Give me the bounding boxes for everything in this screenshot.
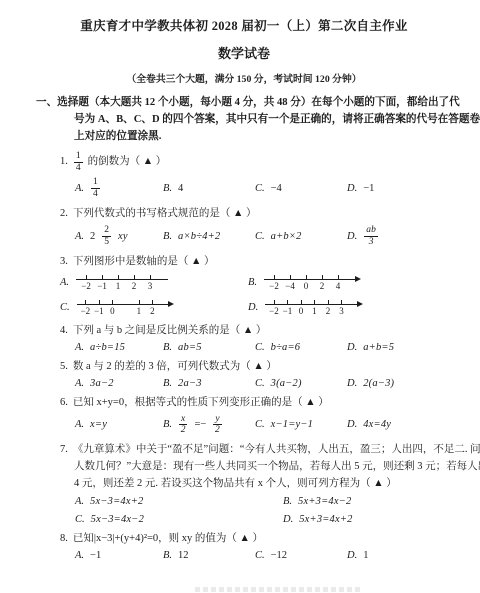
section-line-3: 上对应的位置涂黑.: [74, 128, 452, 145]
numerator: y: [213, 414, 221, 426]
tick-label: 0: [298, 275, 314, 291]
option-label: C.: [75, 514, 85, 525]
tick-label: −2: [78, 275, 94, 291]
numerator: 2: [102, 225, 111, 237]
option-d: D.a+b=5: [347, 342, 452, 353]
question-5-options: A.3a−2 B.2a−3 C.3(a−2) D.2(a−3): [75, 378, 452, 389]
option-value: ab=5: [178, 342, 202, 353]
option-c: C.x−1=y−1: [255, 419, 347, 430]
number-line-diagram: −2 −1 0 1 2 3: [267, 300, 358, 316]
option-d: D.4x=4y: [347, 419, 452, 430]
option-label: C.: [60, 302, 70, 313]
question-3-stem: 3. 下列图形中是数轴的是（ ▲ ）: [60, 254, 452, 270]
option-label: C.: [255, 183, 265, 194]
question-1-stem: 1. 14 的倒数为（ ▲ ）: [60, 151, 452, 174]
question-4-stem: 4. 下列 a 与 b 之间是反比例关系的是（ ▲ ）: [60, 323, 452, 339]
option-value: a+b×2: [271, 231, 302, 242]
stem-text: 已知|x−3|+(y+4)²=0，则 xy 的值为（ ▲ ）: [73, 531, 263, 547]
stem-text-line-2: 人数几何？”大意是：现有一些人共同买一个物品，若每人出 5 元，则还剩 3 元；…: [74, 458, 452, 475]
option-value: 2(a−3): [363, 378, 394, 389]
question-1-options: A. 14 B.4 C.−4 D.−1: [75, 177, 452, 200]
question-1: 1. 14 的倒数为（ ▲ ） A. 14 B.4 C.−4 D.−1: [36, 151, 452, 200]
option-label: D.: [347, 550, 357, 561]
fraction: x2: [179, 414, 187, 437]
question-4: 4. 下列 a 与 b 之间是反比例关系的是（ ▲ ） A.a÷b=15 B.a…: [36, 323, 452, 353]
option-label: B.: [248, 277, 257, 288]
stem-text-line-3: 4 元，则还差 2 元. 若设买这个物品共有 x 个人，则可列方程为（ ▲ ）: [74, 475, 452, 492]
tick-label: −2: [266, 275, 282, 291]
question-number: 1.: [60, 154, 68, 170]
option-d: D.−1: [347, 183, 452, 194]
option-label: A.: [75, 550, 84, 561]
option-value: 5x+3=4x+2: [299, 514, 352, 525]
option-value: −1: [363, 183, 374, 194]
question-3: 3. 下列图形中是数轴的是（ ▲ ） A. −2 −1 1 2 3 B. −: [36, 254, 452, 316]
question-number: 6.: [60, 395, 68, 411]
question-5: 5. 数 a 与 2 的差的 3 倍，可列代数式为（ ▲ ） A.3a−2 B.…: [36, 359, 452, 389]
tick-label: 3: [142, 275, 158, 291]
option-value: a+b=5: [363, 342, 394, 353]
question-2: 2. 下列代数式的书写格式规范的是（ ▲ ） A. 225xy B.a×b÷4+…: [36, 206, 452, 248]
question-3-options: A. −2 −1 1 2 3 B. −2 −4 0 2 4: [60, 275, 452, 316]
option-a: A.a÷b=15: [75, 342, 163, 353]
tick-label: −1: [94, 275, 110, 291]
numerator: x: [179, 414, 187, 426]
option-label: D.: [347, 342, 357, 353]
fraction: 14: [74, 151, 83, 174]
option-label: D.: [347, 378, 357, 389]
option-label: A.: [75, 183, 84, 194]
option-c: C.3(a−2): [255, 378, 347, 389]
tick-label: 2: [321, 300, 335, 316]
option-label: D.: [283, 514, 293, 525]
option-label: B.: [163, 550, 172, 561]
stem-text: 的倒数为（ ▲ ）: [88, 154, 167, 170]
tick-label: 3: [335, 300, 349, 316]
option-value: 4: [178, 183, 183, 194]
option-label: A.: [75, 342, 84, 353]
option-label: C.: [255, 342, 265, 353]
tick-label: −2: [79, 300, 93, 316]
option-label: A.: [75, 419, 84, 430]
option-d: D.2(a−3): [347, 378, 452, 389]
question-number: 8.: [60, 531, 68, 547]
option-value: 2a−3: [178, 378, 202, 389]
axis-gap: [119, 300, 132, 306]
option-a: A. −2 −1 1 2 3: [60, 275, 248, 291]
option-label: B.: [163, 419, 172, 430]
question-7: 7. 《九章算术》中关于“盈不足”问题：“今有人共买物，人出五，盈三；人出四，不…: [36, 442, 452, 525]
option-b: B. −2 −4 0 2 4: [248, 275, 452, 291]
stem-text: 下列代数式的书写格式规范的是（ ▲ ）: [73, 206, 257, 222]
option-c: C.−4: [255, 183, 347, 194]
option-c: C. −2 −1 0 1 2: [60, 300, 248, 316]
tick-label: 1: [110, 275, 126, 291]
stem-text: 已知 x+y=0，根据等式的性质下列变形正确的是（ ▲ ）: [73, 395, 329, 411]
option-a: A.−1: [75, 550, 163, 561]
fraction: y2: [213, 414, 221, 437]
tick-label: 0: [294, 300, 308, 316]
option-value: 3(a−2): [271, 378, 302, 389]
option-label: A.: [75, 378, 84, 389]
option-b: B.2a−3: [163, 378, 255, 389]
option-d: D.1: [347, 550, 452, 561]
option-c: C.−12: [255, 550, 347, 561]
coefficient: 2: [90, 231, 95, 242]
option-label: C.: [255, 378, 265, 389]
question-6-stem: 6. 已知 x+y=0，根据等式的性质下列变形正确的是（ ▲ ）: [60, 395, 452, 411]
option-label: C.: [255, 419, 265, 430]
option-b: B.4: [163, 183, 255, 194]
option-label: B.: [163, 231, 172, 242]
cut-off-footer-text: [195, 587, 360, 592]
fraction: ab3: [364, 225, 378, 248]
option-b: B.5x+3=4x−2: [283, 496, 452, 507]
option-label: A.: [60, 277, 69, 288]
tick-label: 1: [132, 300, 146, 316]
question-5-stem: 5. 数 a 与 2 的差的 3 倍，可列代数式为（ ▲ ）: [60, 359, 452, 375]
option-label: D.: [347, 231, 357, 242]
tick-label: −1: [92, 300, 106, 316]
option-d: D.5x+3=4x+2: [283, 514, 452, 525]
option-value: −4: [271, 183, 282, 194]
option-a: A. 14: [75, 177, 163, 200]
option-value: −1: [90, 550, 101, 561]
denominator: 3: [369, 237, 374, 248]
option-label: A.: [75, 496, 84, 507]
option-d: D. ab3: [347, 225, 452, 248]
question-6: 6. 已知 x+y=0，根据等式的性质下列变形正确的是（ ▲ ） A.x=y B…: [36, 395, 452, 437]
option-label: C.: [255, 231, 265, 242]
section-line-1: 一、选择题（本大题共 12 个小题，每小题 4 分，共 48 分）在每个小题的下…: [36, 97, 460, 108]
stem-text: 下列 a 与 b 之间是反比例关系的是（ ▲ ）: [73, 323, 267, 339]
stem-text: 下列图形中是数轴的是（ ▲ ）: [73, 254, 215, 270]
tick-label: 0: [106, 300, 120, 316]
option-value: −12: [271, 550, 287, 561]
option-value: 5x−3=4x+2: [90, 496, 143, 507]
option-value: 5x+3=4x−2: [298, 496, 351, 507]
option-b: B.a×b÷4+2: [163, 231, 255, 242]
question-7-options: A.5x−3=4x+2 B.5x+3=4x−2 C.5x−3=4x−2 D.5x…: [75, 496, 452, 525]
fraction: 14: [91, 177, 100, 200]
equals-minus: =−: [194, 419, 206, 430]
option-c: C.b÷a=6: [255, 342, 347, 353]
question-number: 4.: [60, 323, 68, 339]
denominator: 2: [215, 425, 220, 436]
tick-label: −1: [281, 300, 295, 316]
option-value: 4x=4y: [363, 419, 391, 430]
option-label: B.: [163, 183, 172, 194]
question-number: 5.: [60, 359, 68, 375]
question-8: 8. 已知|x−3|+(y+4)²=0，则 xy 的值为（ ▲ ） A.−1 B…: [36, 531, 452, 561]
option-a: A.x=y: [75, 419, 163, 430]
option-b: B. x2 =− y2: [163, 414, 255, 437]
question-number: 3.: [60, 254, 68, 270]
denominator: 2: [181, 425, 186, 436]
tick-label: 2: [314, 275, 330, 291]
question-6-options: A.x=y B. x2 =− y2 C.x−1=y−1 D.4x=4y: [75, 414, 452, 437]
option-a: A.3a−2: [75, 378, 163, 389]
option-value: 12: [178, 550, 189, 561]
denominator: 4: [93, 189, 98, 200]
option-value: x−1=y−1: [271, 419, 313, 430]
exam-paper-page: 重庆育才中学教共体初 2028 届初一（上）第二次自主作业 数学试卷 （全卷共三…: [0, 0, 480, 561]
question-8-options: A.−1 B.12 C.−12 D.1: [75, 550, 452, 561]
option-c: C.5x−3=4x−2: [75, 514, 283, 525]
option-value: a÷b=15: [90, 342, 125, 353]
number-line-diagram: −2 −1 1 2 3: [78, 275, 168, 291]
denominator: 5: [104, 237, 109, 248]
option-b: B.12: [163, 550, 255, 561]
question-4-options: A.a÷b=15 B.ab=5 C.b÷a=6 D.a+b=5: [75, 342, 452, 353]
option-label: D.: [347, 419, 357, 430]
paper-title: 重庆育才中学教共体初 2028 届初一（上）第二次自主作业: [36, 16, 452, 34]
option-value: 1: [363, 550, 368, 561]
numerator: 1: [74, 151, 83, 163]
number-line-diagram: −2 −4 0 2 4: [266, 275, 356, 291]
tick-label: −4: [282, 275, 298, 291]
question-7-stem: 7. 《九章算术》中关于“盈不足”问题：“今有人共买物，人出五，盈三；人出四，不…: [60, 442, 452, 458]
number-line-diagram: −2 −1 0 1 2: [79, 300, 170, 316]
stem-text-line-1: 《九章算术》中关于“盈不足”问题：“今有人共买物，人出五，盈三；人出四，不足二.…: [73, 442, 480, 458]
option-value: x=y: [90, 419, 107, 430]
question-8-stem: 8. 已知|x−3|+(y+4)²=0，则 xy 的值为（ ▲ ）: [60, 531, 452, 547]
tick-label: 4: [330, 275, 346, 291]
paper-subtitle: 数学试卷: [36, 43, 452, 62]
question-number: 7.: [60, 442, 68, 458]
option-value: a×b÷4+2: [178, 231, 220, 242]
tick-label: −2: [267, 300, 281, 316]
option-value: b÷a=6: [271, 342, 301, 353]
denominator: 4: [76, 163, 81, 174]
option-label: D.: [248, 302, 258, 313]
question-2-stem: 2. 下列代数式的书写格式规范的是（ ▲ ）: [60, 206, 452, 222]
option-c: C.a+b×2: [255, 231, 347, 242]
stem-text: 数 a 与 2 的差的 3 倍，可列代数式为（ ▲ ）: [73, 359, 277, 375]
numerator: ab: [364, 225, 378, 237]
option-a: A. 225xy: [75, 225, 163, 248]
option-label: B.: [163, 342, 172, 353]
tick-label: 2: [146, 300, 160, 316]
question-2-options: A. 225xy B.a×b÷4+2 C.a+b×2 D. ab3: [75, 225, 452, 248]
option-a: A.5x−3=4x+2: [75, 496, 283, 507]
fraction: 25: [102, 225, 111, 248]
question-number: 2.: [60, 206, 68, 222]
option-label: D.: [347, 183, 357, 194]
option-b: B.ab=5: [163, 342, 255, 353]
section-line-2: 号为 A、B、C、D 的四个答案，其中只有一个是正确的，请将正确答案的代号在答题…: [74, 111, 452, 128]
option-label: A.: [75, 231, 84, 242]
tick-label: 1: [308, 300, 322, 316]
section-one-instructions: 一、选择题（本大题共 12 个小题，每小题 4 分，共 48 分）在每个小题的下…: [36, 94, 452, 145]
exam-info: （全卷共三个大题，满分 150 分，考试时间 120 分钟）: [36, 71, 452, 85]
option-label: B.: [283, 496, 292, 507]
option-label: C.: [255, 550, 265, 561]
option-label: B.: [163, 378, 172, 389]
option-value: 3a−2: [90, 378, 114, 389]
option-d: D. −2 −1 0 1 2 3: [248, 300, 452, 316]
variables: xy: [118, 231, 128, 242]
numerator: 1: [91, 177, 100, 189]
option-value: 5x−3=4x−2: [91, 514, 144, 525]
tick-label: 2: [126, 275, 142, 291]
